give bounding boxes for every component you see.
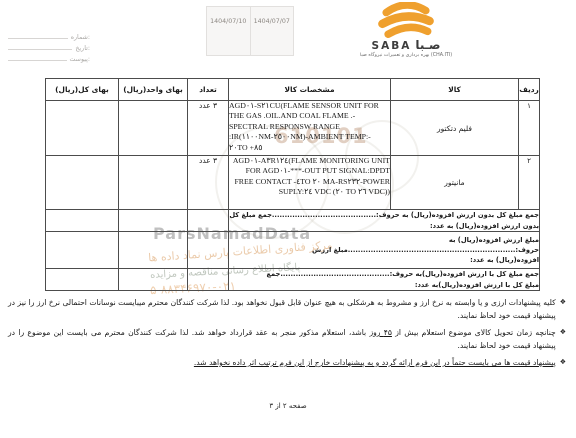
row1-total-price xyxy=(46,101,119,156)
col-header-qty: تعداد xyxy=(188,79,229,101)
ref-number-row: شماره: xyxy=(8,30,90,41)
reference-fields: شماره: تاریخ: پیوست: xyxy=(8,30,90,63)
summary-cell-empty xyxy=(188,210,229,232)
brand-tagline: بهره برداری و تعمیرات نیروگاه صبا (CHA.I… xyxy=(341,53,471,58)
row2-no: ۲ xyxy=(519,156,540,210)
row2-unit-price xyxy=(119,156,188,210)
note-form-submission: ❖ پیشنهاد قیمت ها می بایست حتماً در این … xyxy=(8,356,566,369)
ref-attachment-label: پیوست: xyxy=(70,56,91,63)
summary-cell-empty xyxy=(119,269,188,291)
col-header-item: کالا xyxy=(391,79,519,101)
ref-number-line xyxy=(8,38,68,39)
row2-item: مانیتور xyxy=(391,156,519,210)
date-value-2: 1404/07/07 xyxy=(251,7,294,55)
date-value-1: 1404/07/10 xyxy=(207,7,251,55)
ref-date-label: تاریخ: xyxy=(75,45,90,52)
ref-date-line xyxy=(8,49,72,50)
note-delivery-terms: ❖ چنانچه زمان تحویل کالای موضوع استعلام … xyxy=(8,326,566,352)
note-currency-text: کلیه پیشنهادات ارزی و یا وابسته به نرخ ا… xyxy=(8,296,556,322)
delivery-days-underlined: ۴۵ روز xyxy=(369,328,391,337)
summary-row-total-with-vat: جمع مبلغ کل با ارزش افزوده(ریال)به حروف:… xyxy=(46,269,540,291)
diamond-bullet-icon: ❖ xyxy=(560,356,566,369)
table-row: ۲ مانیتور AGD٠١-A٣R١٢٤(FLAME MONITORING … xyxy=(46,156,540,210)
col-header-unit-price: بهای واحد(ریال) xyxy=(119,79,188,101)
table-row: ۱ فلیم دتکتور AGD٠١-S٢١CU(FLAME SENSOR U… xyxy=(46,101,540,156)
saba-swoosh-icon xyxy=(341,2,471,40)
summary-cell-empty xyxy=(46,232,119,269)
note-currency-terms: ❖ کلیه پیشنهادات ارزی و یا وابسته به نرخ… xyxy=(8,296,566,322)
table-header-row: ردیف کالا مشخصات کالا تعداد بهای واحد(ری… xyxy=(46,79,540,101)
summary-total-with-vat-label: جمع مبلغ کل با ارزش افزوده(ریال)به حروف:… xyxy=(229,269,540,291)
brand-name-en: SABA xyxy=(372,40,412,52)
row1-unit-price xyxy=(119,101,188,156)
row1-item: فلیم دتکتور xyxy=(391,101,519,156)
summary-cell-empty xyxy=(119,232,188,269)
summary-vat-amount-label: مبلغ ارزش افزوده(ریال) به حروف:.........… xyxy=(229,232,540,269)
summary-total-without-vat-label: جمع مبلغ کل بدون ارزش افزوده(ریال) به حر… xyxy=(229,210,540,232)
col-header-total-price: بهای کل(ریال) xyxy=(46,79,119,101)
row2-total-price xyxy=(46,156,119,210)
col-header-spec: مشخصات کالا xyxy=(229,79,391,101)
ref-number-label: شماره: xyxy=(71,34,90,41)
diamond-bullet-icon: ❖ xyxy=(560,296,566,322)
summary-row-vat-amount: مبلغ ارزش افزوده(ریال) به حروف:.........… xyxy=(46,232,540,269)
summary-cell-empty xyxy=(119,210,188,232)
summary-row-total-without-vat: جمع مبلغ کل بدون ارزش افزوده(ریال) به حر… xyxy=(46,210,540,232)
row2-qty: ۳ عدد xyxy=(188,156,229,210)
ref-attachment-row: پیوست: xyxy=(8,52,90,63)
note-delivery-text: چنانچه زمان تحویل کالای موضوع استعلام بی… xyxy=(8,326,556,352)
row1-spec: AGD٠١-S٢١CU(FLAME SENSOR UNIT FOR THE GA… xyxy=(229,101,391,156)
summary-cell-empty xyxy=(188,232,229,269)
page-number: صفحه ۲ از ۳ xyxy=(0,402,576,410)
row2-spec: AGD٠١-A٣R١٢٤(FLAME MONITORING UNIT FOR A… xyxy=(229,156,391,210)
ref-date-row: تاریخ: xyxy=(8,41,90,52)
document-page: 610101 ParsNamadData مرکز فناوری اطلاعات… xyxy=(0,0,576,438)
diamond-bullet-icon: ❖ xyxy=(560,326,566,352)
summary-cell-empty xyxy=(46,269,119,291)
terms-notes: ❖ کلیه پیشنهادات ارزی و یا وابسته به نرخ… xyxy=(8,296,566,373)
date-box: 1404/07/10 1404/07/07 xyxy=(206,6,294,56)
summary-cell-empty xyxy=(46,210,119,232)
note-form-submission-text: پیشنهاد قیمت ها می بایست حتماً در این فر… xyxy=(194,356,556,369)
row1-no: ۱ xyxy=(519,101,540,156)
summary-cell-empty xyxy=(188,269,229,291)
brand-row: SABA صـبا xyxy=(341,38,471,52)
company-logo: SABA صـبا بهره برداری و تعمیرات نیروگاه … xyxy=(341,2,471,58)
col-header-row-no: ردیف xyxy=(519,79,540,101)
ref-attachment-line xyxy=(8,60,67,61)
row1-qty: ۳ عدد xyxy=(188,101,229,156)
brand-name-fa: صـبا xyxy=(415,38,440,52)
items-table: ردیف کالا مشخصات کالا تعداد بهای واحد(ری… xyxy=(45,78,540,291)
